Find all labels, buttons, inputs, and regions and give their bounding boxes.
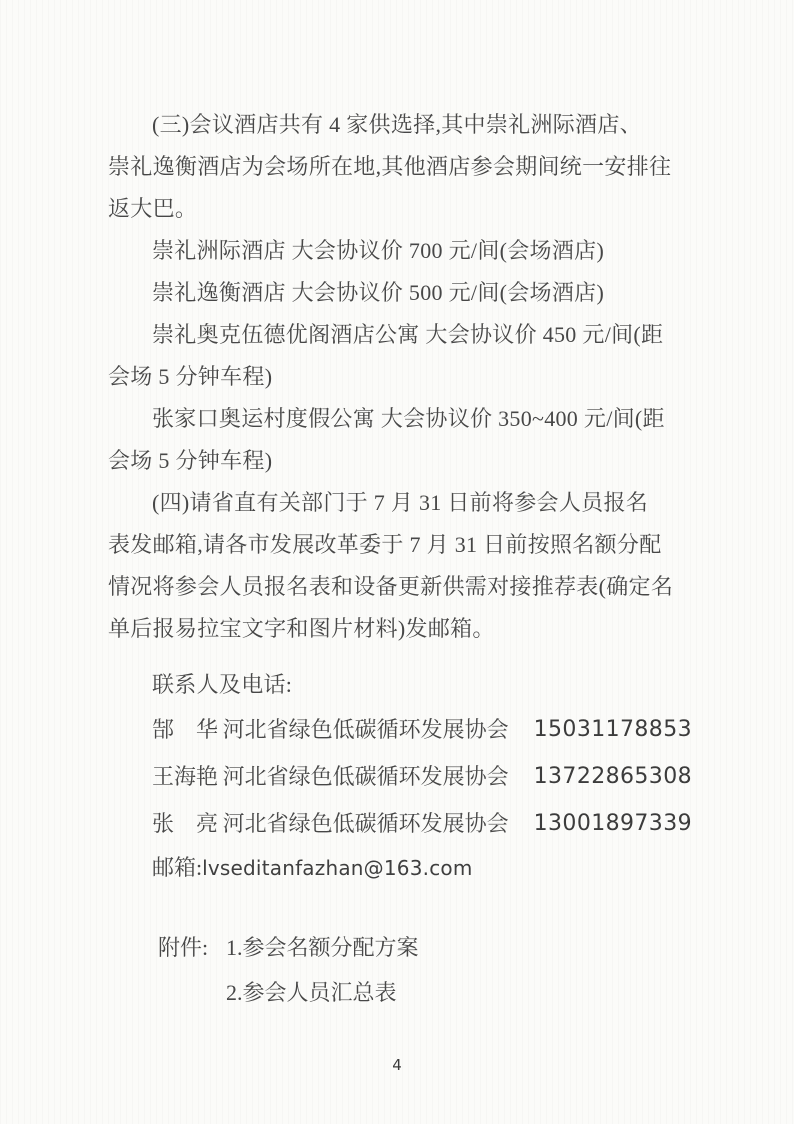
- para4-line-4: 单后报易拉宝文字和图片材料)发邮箱。: [108, 608, 692, 650]
- document-body: (三)会议酒店共有 4 家供选择,其中崇礼洲际酒店、 崇礼逸衡酒店为会场所在地,…: [108, 104, 692, 1015]
- hotel-line-oakwood: 崇礼奥克伍德优阁酒店公寓 大会协议价 450 元/间(距: [108, 314, 692, 356]
- para4-line-3: 情况将参会人员报名表和设备更新供需对接推荐表(确定名: [108, 566, 692, 608]
- contact-name: 郜 华: [152, 706, 223, 753]
- attachments-block: 附件:1.参会名额分配方案 2.参会人员汇总表: [108, 925, 692, 1015]
- contact-org: 河北省绿色低碳循环发展协会: [223, 800, 534, 847]
- attachment-item: 2.参会人员汇总表: [226, 980, 397, 1005]
- contact-org: 河北省绿色低碳循环发展协会: [223, 706, 534, 753]
- attachments-label: 附件:: [158, 925, 226, 970]
- attachment-item: 1.参会名额分配方案: [226, 935, 419, 960]
- email-address: lvseditanfazhan@163.com: [202, 856, 472, 880]
- page-number: 4: [0, 1056, 794, 1074]
- para3-line-3: 返大巴。: [108, 188, 692, 230]
- email-label: 邮箱:: [152, 855, 202, 880]
- para3-line-1: (三)会议酒店共有 4 家供选择,其中崇礼洲际酒店、: [108, 104, 692, 146]
- hotel-line-olympic-village: 张家口奥运村度假公寓 大会协议价 350~400 元/间(距: [108, 398, 692, 440]
- email-row: 邮箱:lvseditanfazhan@163.com: [108, 847, 692, 889]
- contact-row: 张 亮 河北省绿色低碳循环发展协会 13001897339: [108, 800, 692, 847]
- contacts-heading: 联系人及电话:: [108, 664, 692, 706]
- para3-line-2: 崇礼逸衡酒店为会场所在地,其他酒店参会期间统一安排往: [108, 146, 692, 188]
- hotel-line-olympic-cont: 会场 5 分钟车程): [108, 440, 692, 482]
- contact-row: 王海艳 河北省绿色低碳循环发展协会 13722865308: [108, 753, 692, 800]
- hotel-line-oakwood-cont: 会场 5 分钟车程): [108, 356, 692, 398]
- attachment-row: 2.参会人员汇总表: [108, 970, 692, 1015]
- contact-org: 河北省绿色低碳循环发展协会: [223, 753, 534, 800]
- contact-phone: 13001897339: [534, 800, 692, 847]
- document-page: (三)会议酒店共有 4 家供选择,其中崇礼洲际酒店、 崇礼逸衡酒店为会场所在地,…: [0, 0, 794, 1124]
- contact-name: 张 亮: [152, 800, 223, 847]
- contact-row: 郜 华 河北省绿色低碳循环发展协会 15031178853: [108, 706, 692, 753]
- contact-phone: 15031178853: [534, 706, 692, 753]
- contact-name: 王海艳: [152, 753, 223, 800]
- hotel-line-yiheng: 崇礼逸衡酒店 大会协议价 500 元/间(会场酒店): [108, 272, 692, 314]
- attachment-row: 附件:1.参会名额分配方案: [108, 925, 692, 970]
- para4-line-1: (四)请省直有关部门于 7 月 31 日前将参会人员报名: [108, 482, 692, 524]
- hotel-line-intercontinental: 崇礼洲际酒店 大会协议价 700 元/间(会场酒店): [108, 230, 692, 272]
- contact-phone: 13722865308: [534, 753, 692, 800]
- para4-line-2: 表发邮箱,请各市发展改革委于 7 月 31 日前按照名额分配: [108, 524, 692, 566]
